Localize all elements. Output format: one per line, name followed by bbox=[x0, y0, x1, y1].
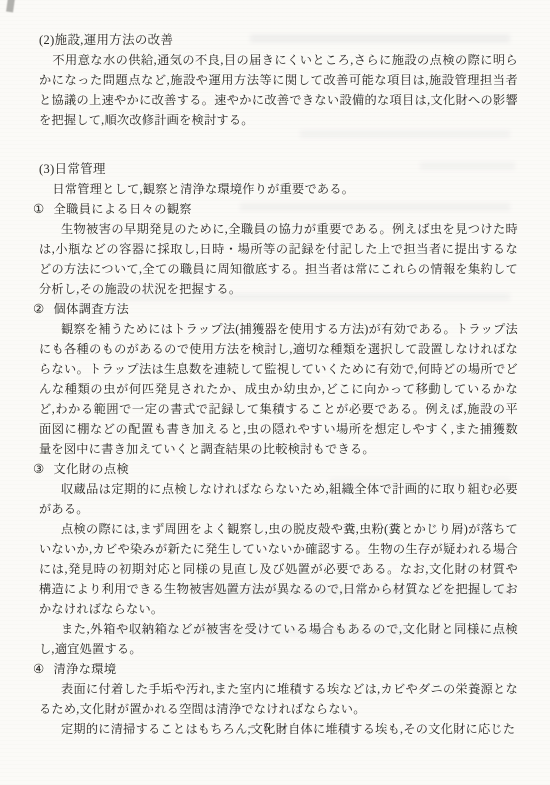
item-paragraph: また,外箱や収納箱などが被害を受けている場合もあるので,文化財と同様に点検し,適… bbox=[39, 619, 518, 659]
item-paragraph: 点検の際には,まず周囲をよく観察し,虫の脱皮殻や糞,虫粉(糞とかじり屑)が落ちて… bbox=[39, 519, 518, 619]
item-title: 清浄な環境 bbox=[54, 659, 117, 679]
section-daily-management: (3)日常管理 日常管理として,観察と清浄な環境作りが重要である。 ① 全職員に… bbox=[39, 159, 518, 739]
page-content: (2)施設,運用方法の改善 不用意な水の供給,通気の不良,目の届きにくいところ,… bbox=[39, 30, 518, 739]
numbered-item-observation: ① 全職員による日々の観察 生物被害の早期発見のために,全職員の協力が重要である… bbox=[39, 199, 518, 299]
section-paragraph: 不用意な水の供給,通気の不良,目の届きにくいところ,さらに施設の点検の際に明らか… bbox=[39, 50, 518, 130]
item-heading: ② 個体調査方法 bbox=[33, 299, 518, 319]
page-footer: − 5 − bbox=[0, 720, 536, 735]
item-paragraph: 生物被害の早期発見のために,全職員の協力が重要である。例えば虫を見つけた時は,小… bbox=[39, 219, 518, 299]
item-paragraph: 表面に付着した手垢や汚れ,また室内に堆積する埃などは,カビやダニの栄養源となるた… bbox=[39, 679, 518, 719]
item-marker: ③ bbox=[33, 459, 45, 479]
section-heading: (3)日常管理 bbox=[39, 159, 518, 179]
section-heading: (2)施設,運用方法の改善 bbox=[39, 30, 518, 50]
section-intro: 日常管理として,観察と清浄な環境作りが重要である。 bbox=[39, 179, 518, 199]
item-heading: ① 全職員による日々の観察 bbox=[33, 199, 518, 219]
scan-corner-mark bbox=[6, 0, 15, 12]
numbered-item-property-inspection: ③ 文化財の点検 収蔵品は定期的に点検しなければならないため,組織全体で計画的に… bbox=[39, 459, 518, 659]
page-number: − 5 − bbox=[248, 720, 289, 734]
scanned-document-page: (2)施設,運用方法の改善 不用意な水の供給,通気の不良,目の届きにくいところ,… bbox=[0, 0, 550, 785]
section-facility-improvement: (2)施設,運用方法の改善 不用意な水の供給,通気の不良,目の届きにくいところ,… bbox=[39, 30, 518, 130]
item-heading: ④ 清浄な環境 bbox=[33, 659, 518, 679]
item-heading: ③ 文化財の点検 bbox=[33, 459, 518, 479]
item-paragraph: 収蔵品は定期的に点検しなければならないため,組織全体で計画的に取り組む必要がある… bbox=[39, 479, 518, 519]
numbered-item-survey-method: ② 個体調査方法 観察を補うためにはトラップ法(捕獲器を使用する方法)が有効であ… bbox=[39, 299, 518, 459]
item-title: 文化財の点検 bbox=[54, 459, 130, 479]
item-title: 個体調査方法 bbox=[54, 299, 130, 319]
item-marker: ④ bbox=[33, 659, 45, 679]
item-title: 全職員による日々の観察 bbox=[54, 199, 192, 219]
item-marker: ① bbox=[33, 199, 45, 219]
item-paragraph: 観察を補うためにはトラップ法(捕獲器を使用する方法)が有効である。トラップ法にも… bbox=[39, 319, 518, 459]
item-marker: ② bbox=[33, 299, 45, 319]
